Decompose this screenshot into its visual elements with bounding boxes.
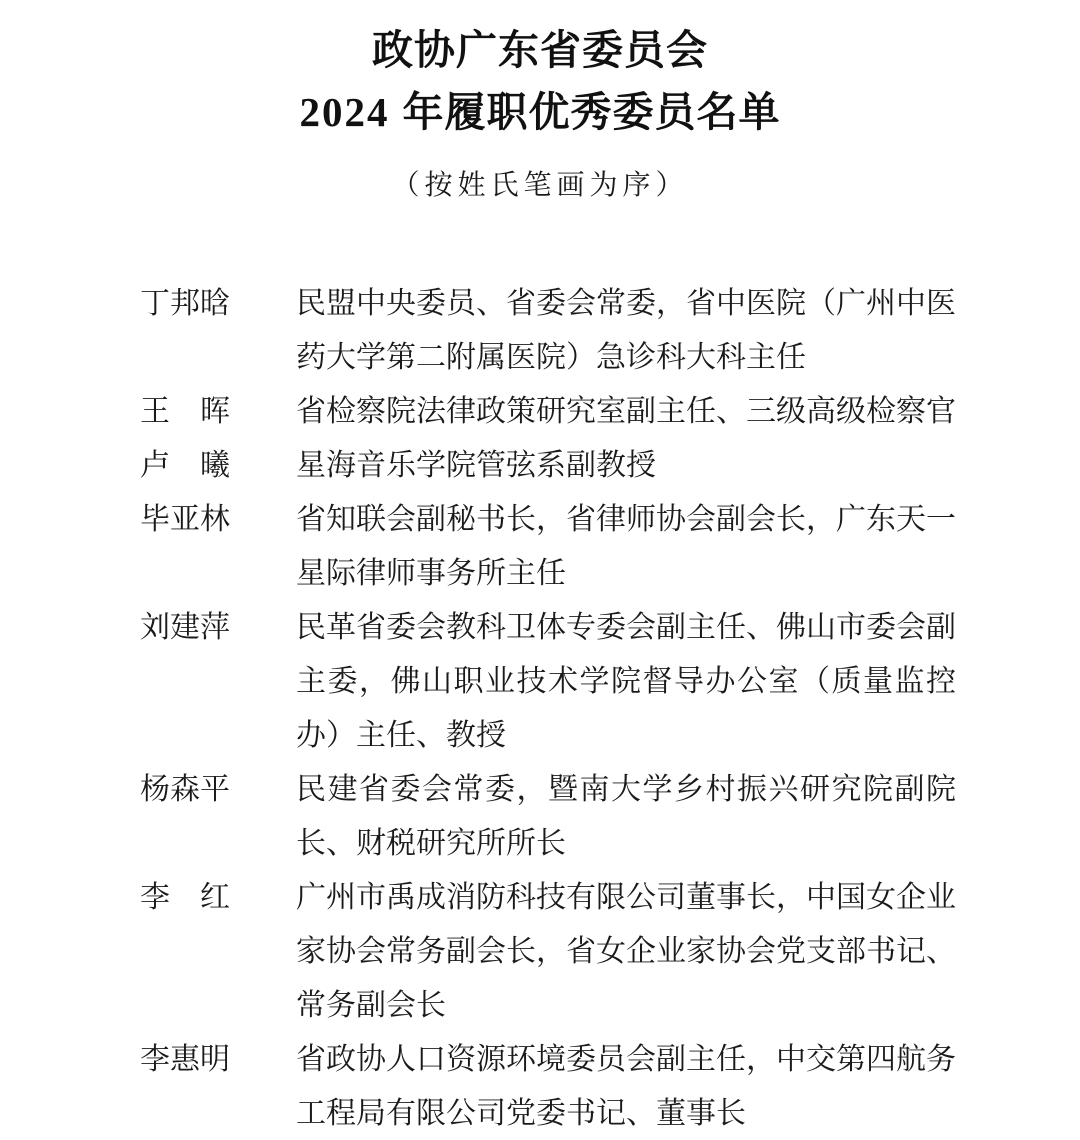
member-list: 丁邦晗 民盟中央委员、省委会常委，省中医院（广州中医药大学第二附属医院）急诊科大… <box>0 277 1080 1140</box>
member-name: 李惠明 <box>140 1033 233 1087</box>
member-description: 广州市禹成消防科技有限公司董事长，中国女企业家协会常务副会长，省女企业家协会党支… <box>296 871 956 1033</box>
member-description: 民革省委会教科卫体专委会副主任、佛山市委会副主委，佛山职业技术学院督导办公室（质… <box>296 601 956 763</box>
document-title-line2: 2024年履职优秀委员名单 <box>0 89 1080 135</box>
member-row: 丁邦晗 民盟中央委员、省委会常委，省中医院（广州中医药大学第二附属医院）急诊科大… <box>0 277 1080 385</box>
member-row: 毕亚林 省知联会副秘书长，省律师协会副会长，广东天一星际律师事务所主任 <box>0 493 1080 601</box>
member-row: 李惠明 省政协人口资源环境委员会副主任，中交第四航务工程局有限公司党委书记、董事… <box>0 1033 1080 1140</box>
member-description: 民建省委会常委，暨南大学乡村振兴研究院副院长、财税研究所所长 <box>296 763 956 871</box>
member-name: 李 红 <box>140 871 233 925</box>
document-subtitle: （按姓氏笔画为序） <box>0 167 1080 205</box>
member-description: 星海音乐学院管弦系副教授 <box>296 439 956 493</box>
member-name: 王 晖 <box>140 385 233 439</box>
member-description: 民盟中央委员、省委会常委，省中医院（广州中医药大学第二附属医院）急诊科大科主任 <box>296 277 956 385</box>
member-name: 丁邦晗 <box>140 277 233 331</box>
title-year: 2024 <box>300 89 390 135</box>
member-description: 省知联会副秘书长，省律师协会副会长，广东天一星际律师事务所主任 <box>296 493 956 601</box>
member-name: 刘建萍 <box>140 601 233 655</box>
member-description: 省检察院法律政策研究室副主任、三级高级检察官 <box>296 385 956 439</box>
member-row: 杨森平 民建省委会常委，暨南大学乡村振兴研究院副院长、财税研究所所长 <box>0 763 1080 871</box>
member-name: 杨森平 <box>140 763 233 817</box>
member-row: 卢 曦 星海音乐学院管弦系副教授 <box>0 439 1080 493</box>
title-line2-text: 年履职优秀委员名单 <box>403 89 781 135</box>
member-description: 省政协人口资源环境委员会副主任，中交第四航务工程局有限公司党委书记、董事长 <box>296 1033 956 1140</box>
member-row: 李 红 广州市禹成消防科技有限公司董事长，中国女企业家协会常务副会长，省女企业家… <box>0 871 1080 1033</box>
member-row: 王 晖 省检察院法律政策研究室副主任、三级高级检察官 <box>0 385 1080 439</box>
member-name: 卢 曦 <box>140 439 233 493</box>
document-page: 政协广东省委员会 2024年履职优秀委员名单 （按姓氏笔画为序） 丁邦晗 民盟中… <box>0 0 1080 1140</box>
member-name: 毕亚林 <box>140 493 233 547</box>
member-row: 刘建萍 民革省委会教科卫体专委会副主任、佛山市委会副主委，佛山职业技术学院督导办… <box>0 601 1080 763</box>
document-title-line1: 政协广东省委员会 <box>0 0 1080 73</box>
